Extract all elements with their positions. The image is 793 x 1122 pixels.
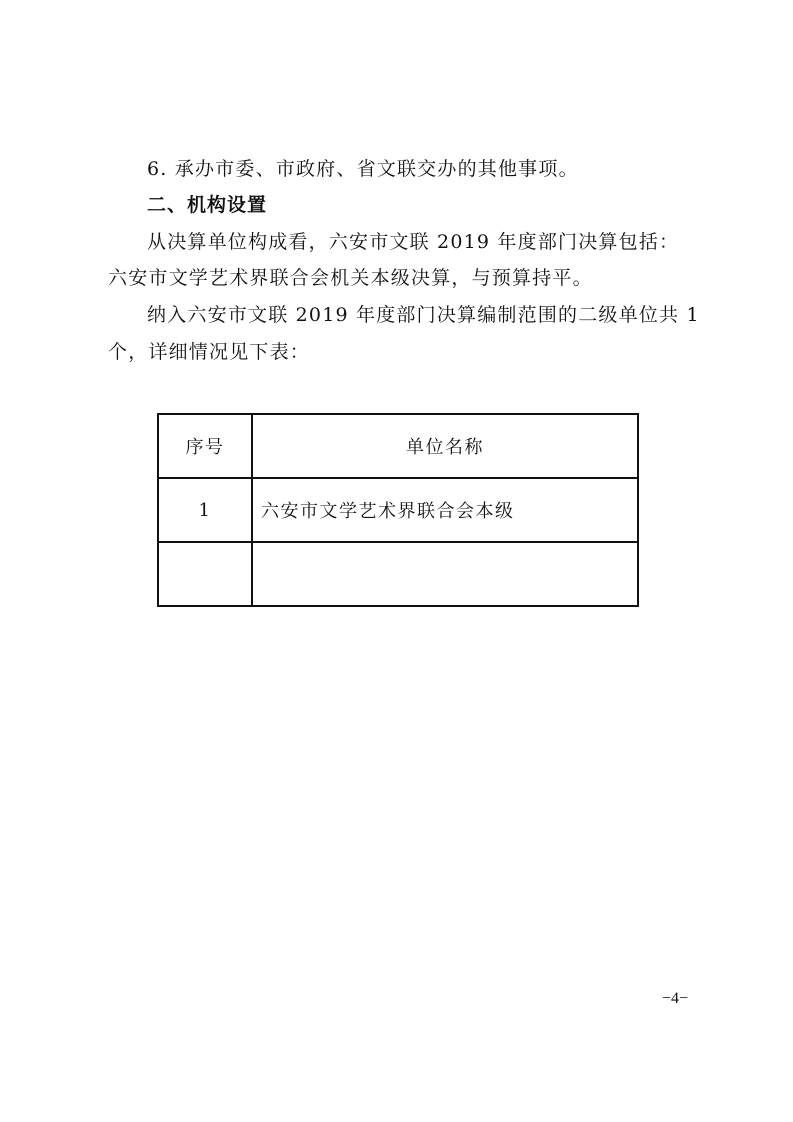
header-unit-name: 单位名称 <box>252 414 638 478</box>
cell-unit-name <box>252 542 638 606</box>
cell-unit-name: 六安市文学艺术界联合会本级 <box>252 478 638 542</box>
units-table: 序号 单位名称 1 六安市文学艺术界联合会本级 <box>157 413 639 607</box>
paragraph-line: 从决算单位构成看，六安市文联 2019 年度部门决算包括： <box>147 230 679 254</box>
cell-index <box>158 542 252 606</box>
paragraph-line: 纳入六安市文联 2019 年度部门决算编制范围的二级单位共 1 <box>147 303 700 327</box>
page-number: −4− <box>662 990 688 1008</box>
paragraph-item-6: 6. 承办市委、市政府、省文联交办的其他事项。 <box>147 157 579 181</box>
cell-index: 1 <box>158 478 252 542</box>
section-heading: 二、机构设置 <box>147 193 267 217</box>
header-index: 序号 <box>158 414 252 478</box>
table-row: 1 六安市文学艺术界联合会本级 <box>158 478 638 542</box>
paragraph-line: 六安市文学艺术界联合会机关本级决算，与预算持平。 <box>108 266 593 290</box>
table-row <box>158 542 638 606</box>
paragraph-line: 个，详细情况见下表： <box>108 340 310 364</box>
table-header-row: 序号 单位名称 <box>158 414 638 478</box>
